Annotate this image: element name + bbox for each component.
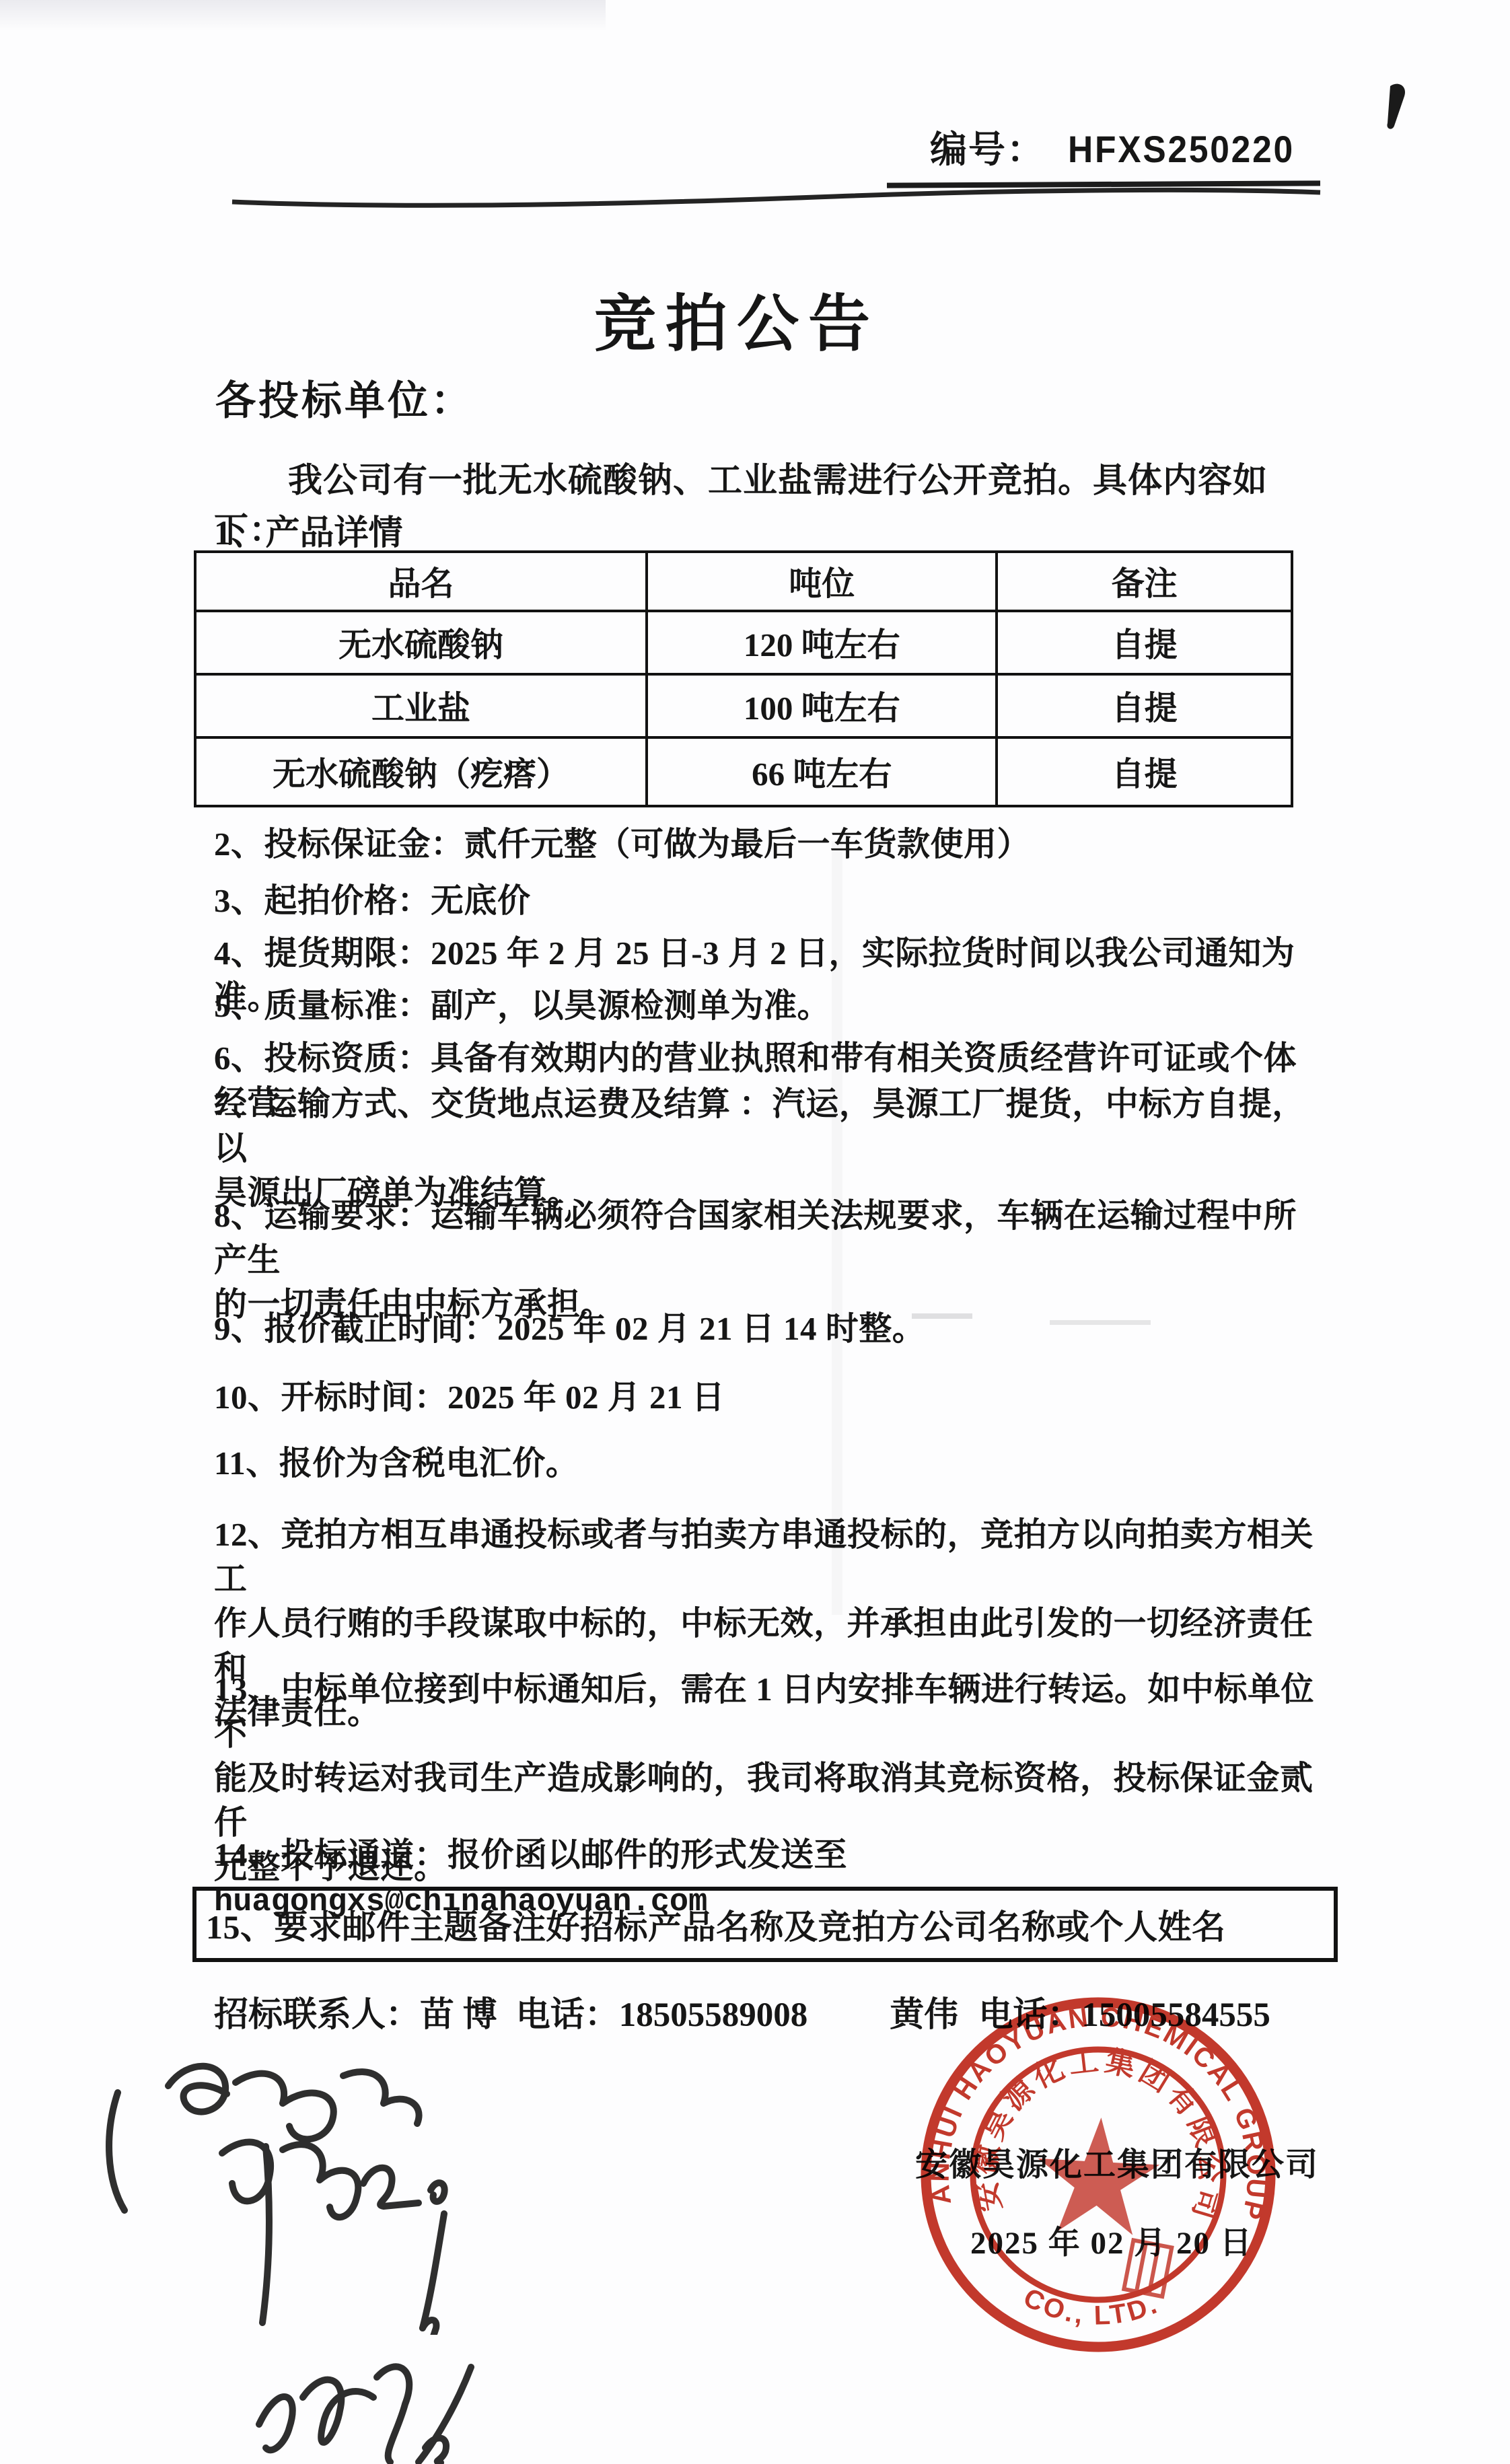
- item-15-text: 15、要求邮件主题备注好招标产品名称及竞拍方公司名称或个人姓名: [206, 1900, 1226, 1949]
- table-row: 无水硫酸钠 120 吨左右 自提: [195, 611, 1292, 674]
- table-cell-tonnage: 120 吨左右: [647, 611, 997, 674]
- scan-edge-shadow: [0, 0, 606, 31]
- table-cell-product: 工业盐: [195, 674, 647, 737]
- company-stamp: ANHUI HAOYUAN CHEMICAL GROUP CO., LTD. 安…: [872, 1949, 1325, 2401]
- section-1-label: 1、产品详情: [214, 505, 403, 554]
- scan-speck-mark: [1387, 84, 1405, 129]
- notice-item-11: 11、报价为含税电汇价。: [214, 1441, 1323, 1486]
- table-header-remark: 备注: [997, 552, 1292, 611]
- notice-item-3: 3、起拍价格：无底价: [214, 879, 1323, 923]
- product-table: 品名 吨位 备注 无水硫酸钠 120 吨左右 自提 工业盐 100 吨左右 自提…: [194, 550, 1293, 807]
- scanned-auction-notice-page: 编号：HFXS250220 竞拍公告 各投标单位： 我公司有一批无水硫酸钠、工业…: [0, 0, 1510, 2464]
- table-cell-remark: 自提: [997, 611, 1292, 674]
- table-row: 无水硫酸钠（疙瘩） 66 吨左右 自提: [195, 737, 1292, 806]
- document-number-line: 编号：HFXS250220: [930, 120, 1314, 173]
- table-cell-product: 无水硫酸钠: [195, 611, 647, 674]
- contact-1-phone-label: 电话：: [516, 1996, 619, 2034]
- document-number-value: HFXS250220: [1068, 127, 1295, 171]
- notice-item-5: 5、质量标准：副产，以昊源检测单为准。: [214, 984, 1323, 1028]
- document-number-underline: [887, 180, 1320, 188]
- table-cell-product: 无水硫酸钠（疙瘩）: [195, 737, 647, 806]
- notice-item-9: 9、报价截止时间：2025 年 02 月 21 日 14 时整。: [214, 1307, 1323, 1351]
- contact-1-phone: 18505589008: [619, 1996, 808, 2034]
- table-header-row: 品名 吨位 备注: [195, 552, 1292, 611]
- handwritten-signature-1: [67, 2045, 484, 2335]
- table-cell-remark: 自提: [997, 674, 1292, 737]
- table-header-product: 品名: [195, 552, 647, 611]
- star-icon: [1034, 2114, 1162, 2236]
- page-title: 竞拍公告: [0, 275, 1510, 363]
- notice-item-10: 10、开标时间：2025 年 02 月 21 日: [214, 1375, 1323, 1420]
- notice-item-2: 2、投标保证金：贰仟元整（可做为最后一车货款使用）: [214, 822, 1323, 867]
- handwritten-signature-2: [229, 2347, 525, 2464]
- contact-1-name: 苗 博: [420, 1996, 497, 2034]
- salutation: 各投标单位：: [215, 369, 474, 427]
- table-row: 工业盐 100 吨左右 自提: [195, 674, 1292, 737]
- notice-item-15-boxed: 15、要求邮件主题备注好招标产品名称及竞拍方公司名称或个人姓名: [192, 1887, 1338, 1962]
- document-number-label: 编号：: [930, 129, 1045, 170]
- table-cell-tonnage: 66 吨左右: [647, 737, 997, 806]
- table-cell-tonnage: 100 吨左右: [647, 674, 997, 737]
- item-14-text: 14、投标通道：报价函以邮件的形式发送至: [214, 1836, 847, 1873]
- table-header-tonnage: 吨位: [647, 552, 997, 611]
- table-cell-remark: 自提: [997, 737, 1292, 806]
- contacts-label: 招标联系人：: [214, 1996, 420, 2034]
- scan-fold-line: [232, 190, 1320, 205]
